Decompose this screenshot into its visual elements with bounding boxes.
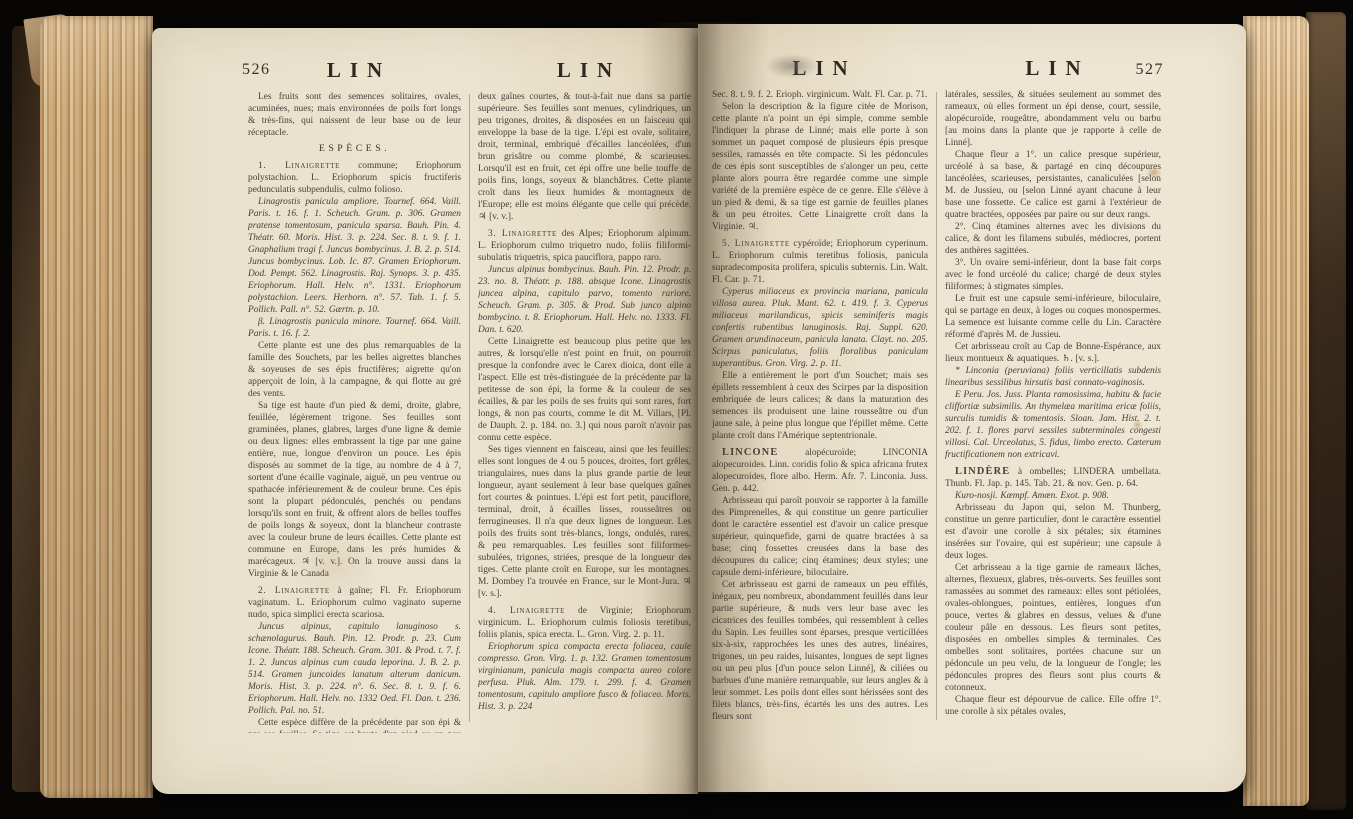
- paragraph: latérales, sessiles, & situées seulement…: [945, 89, 1161, 149]
- page-right-content: LIN LIN 527 Sec. 8. t. 9. f. 2. Erioph. …: [712, 56, 1162, 731]
- paragraph: Arbrisseau qui paroît pouvoir se rapport…: [712, 495, 928, 579]
- paragraph: Juncus alpinus bombycinus. Bauh. Pin. 12…: [478, 264, 691, 336]
- entry-lead: 4. Linaigrette: [488, 606, 565, 616]
- page-fore-edge-right: [1243, 16, 1309, 806]
- paragraph: Cet arbrisseau est garni de rameaux un p…: [712, 579, 928, 723]
- entry-paragraph: 5. Linaigrette cypéroïde; Eriophorum cyp…: [712, 238, 928, 286]
- entry-lead: LINDÈRE: [955, 466, 1010, 477]
- paragraph: 3°. Un ovaire semi-inférieur, dont la ba…: [945, 257, 1161, 293]
- text-columns-left-page: Les fruits sont des semences solitaires,…: [248, 91, 692, 733]
- entry-paragraph: LINCONE alopécuroïde; LINCONIA alopecuro…: [712, 447, 928, 495]
- text-columns-right-page: Sec. 8. t. 9. f. 2. Erioph. virginicum. …: [712, 89, 1162, 731]
- paragraph: 2°. Cinq étamines alternes avec les divi…: [945, 221, 1161, 257]
- running-title-lin: LIN: [248, 58, 461, 83]
- paragraph: Cette plante est une des plus remarquabl…: [248, 340, 461, 400]
- entry-lead: 1. Linaigrette: [258, 161, 340, 171]
- entry-lead: 2. Linaigrette: [258, 586, 330, 596]
- paragraph: β. Linagrostis panicula minore. Tournef.…: [248, 316, 461, 340]
- paragraph: Selon la description & la figure citée d…: [712, 101, 928, 233]
- paragraph: Ses tiges viennent en faisceau, ainsi qu…: [478, 444, 691, 600]
- entry-paragraph: 2. Linaigrette à gaîne; Fl. Fr. Eriophor…: [248, 585, 461, 621]
- paragraph: Cet arbrisseau croît au Cap de Bonne-Esp…: [945, 341, 1161, 365]
- paragraph: Les fruits sont des semences solitaires,…: [248, 91, 461, 139]
- running-title-lin: LIN: [478, 58, 691, 83]
- entry-paragraph: 4. Linaigrette de Virginie; Eriophorum v…: [478, 605, 691, 641]
- paragraph: Cette espèce diffère de la précédente pa…: [248, 717, 461, 733]
- book-cover-right: [1306, 12, 1346, 810]
- running-title-lin: LIN: [945, 56, 1161, 81]
- entry-lead: 5. Linaigrette: [722, 239, 790, 249]
- running-title-lin: LIN: [712, 56, 928, 81]
- paragraph: Arbrisseau du Japon qui, selon M. Thunbe…: [945, 502, 1161, 562]
- photo-background: 526 LIN LIN Les fruits sont des semences…: [0, 0, 1353, 819]
- column-1: Les fruits sont des semences solitaires,…: [248, 91, 461, 733]
- page-number-527: 527: [1136, 61, 1165, 79]
- paragraph: Linagrostis panicula ampliore. Tournef. …: [248, 196, 461, 316]
- column-divider-rule: [469, 94, 470, 722]
- page-left: 526 LIN LIN Les fruits sont des semences…: [152, 28, 698, 794]
- paragraph: Chaque fleur a 1°. un calice presque sup…: [945, 149, 1161, 221]
- paragraph: Sec. 8. t. 9. f. 2. Erioph. virginicum. …: [712, 89, 928, 101]
- paragraph: deux gaînes courtes, & tout-à-fait nue d…: [478, 91, 691, 223]
- column-2: deux gaînes courtes, & tout-à-fait nue d…: [478, 91, 691, 733]
- page-right: LIN LIN 527 Sec. 8. t. 9. f. 2. Erioph. …: [698, 24, 1246, 792]
- entry-paragraph: 1. Linaigrette commune; Eriophorum polys…: [248, 160, 461, 196]
- column-3: Sec. 8. t. 9. f. 2. Erioph. virginicum. …: [712, 89, 928, 731]
- paragraph: Elle a entièrement le port d'un Souchet;…: [712, 370, 928, 442]
- paragraph: ESPÈCES.: [248, 143, 461, 155]
- paragraph: Cette Linaigrette est beaucoup plus peti…: [478, 336, 691, 444]
- entry-lead: LINCONE: [722, 447, 778, 458]
- paragraph: E Peru. Jos. Juss. Planta ramosissima, h…: [945, 389, 1161, 461]
- page-fore-edge-left: [40, 16, 153, 798]
- paragraph: Chaque fleur est dépourvue de calice. El…: [945, 694, 1161, 718]
- column-divider-rule: [936, 92, 937, 720]
- paragraph: Cet arbrisseau a la tige garnie de ramea…: [945, 562, 1161, 694]
- column-4: latérales, sessiles, & situées seulement…: [945, 89, 1161, 731]
- running-head-left: 526 LIN LIN: [248, 58, 692, 86]
- paragraph: Sa tige est haute d'un pied & demi, droi…: [248, 400, 461, 580]
- paragraph: Juncus alpinus, capitulo lanuginoso s. s…: [248, 621, 461, 717]
- paragraph: Eriophorum spica compacta erecta foliace…: [478, 641, 691, 713]
- page-left-content: 526 LIN LIN Les fruits sont des semences…: [248, 58, 692, 733]
- entry-paragraph: LINDÈRE à ombelles; LINDERA umbellata. T…: [945, 466, 1161, 490]
- entry-lead: 3. Linaigrette: [488, 229, 557, 239]
- running-head-right: LIN LIN 527: [712, 56, 1162, 84]
- paragraph: Le fruit est une capsule semi-inférieure…: [945, 293, 1161, 341]
- paragraph: * Linconia (peruviana) foliis verticilla…: [945, 365, 1161, 389]
- entry-paragraph: 3. Linaigrette des Alpes; Eriophorum alp…: [478, 228, 691, 264]
- paragraph: Cyperus miliaceus ex provincia mariana, …: [712, 286, 928, 370]
- paragraph: Kuro-nosji. Kœmpf. Amœn. Exot. p. 908.: [945, 490, 1161, 502]
